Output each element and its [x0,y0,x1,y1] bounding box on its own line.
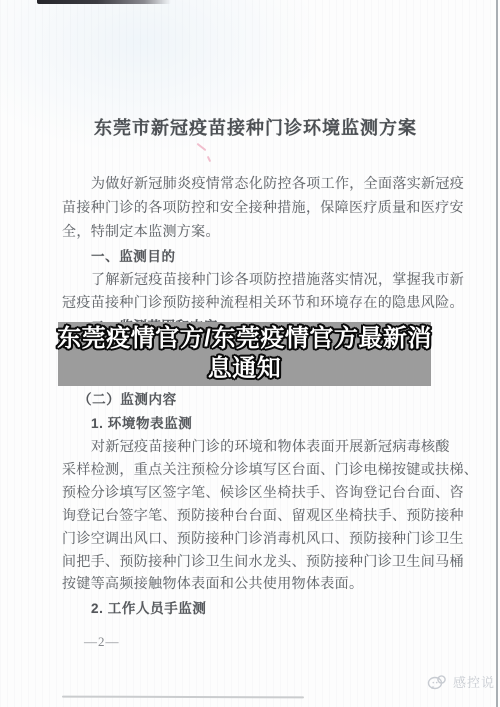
doc-heading: 一、监测目的 [62,245,478,265]
doc-subheading: 2. 工作人员手监测 [62,597,478,617]
page-number: —2— [84,634,120,650]
doc-line: 门诊空调出风口、预防接种门诊消毒机风口、预防接种门诊卫生 [62,528,449,548]
doc-subheading: （二）监测内容 [62,388,465,408]
doc-line: 了解新冠疫苗接种门诊各项防控措施落实情况，掌握我市新 [62,269,478,289]
scanned-document-page: 东莞市新冠疫苗接种门诊环境监测方案 为做好新冠肺炎疫情常态化防控各项工作，全面落… [0,0,500,707]
doc-line: 苗接种门诊的各项防控和安全接种措施，保障医疗质量和医疗安 [62,197,449,217]
doc-line: 按键等高频接触物体表面和公共使用物体表面。 [62,573,449,593]
watermark: 感控说 [427,672,495,691]
doc-line: 全，特制定本监测方案。 [62,221,449,241]
doc-line: 冠疫苗接种门诊预防接种流程相关环节和环境存在的隐患风险。 [62,292,449,312]
headline-line-2: 息通知 [208,354,282,384]
doc-line: 采样检测，重点关注预检分诊填写区台面、门诊电梯按键或扶梯、 [62,459,449,479]
doc-subheading: 1. 环境物表监测 [62,412,478,432]
doc-line: 预检分诊填写区签字笔、候诊区坐椅扶手、咨询登记台台面、咨 [62,482,449,502]
doc-line: 询登记台签字笔、预防接种台台面、留观区坐椅扶手、预防接种 [62,505,449,525]
chat-bubble-icon [427,674,449,690]
watermark-label: 感控说 [453,672,495,691]
scan-right-edge [496,0,498,707]
headline-overlay-banner: 东莞疫情官方/东莞疫情官方最新消 息通知 [58,322,431,386]
doc-line: 为做好新冠肺炎疫情常态化防控各项工作，全面落实新冠疫 [62,173,478,193]
headline-line-1: 东莞疫情官方/东莞疫情官方最新消 [57,324,432,354]
doc-line: 对新冠疫苗接种门诊的环境和物体表面开展新冠病毒核酸 [62,436,478,456]
document-title: 东莞市新冠疫苗接种门诊环境监测方案 [62,114,449,140]
doc-line: 间把手、预防接种门诊卫生间水龙头、预防接种门诊卫生间马桶 [62,551,449,571]
